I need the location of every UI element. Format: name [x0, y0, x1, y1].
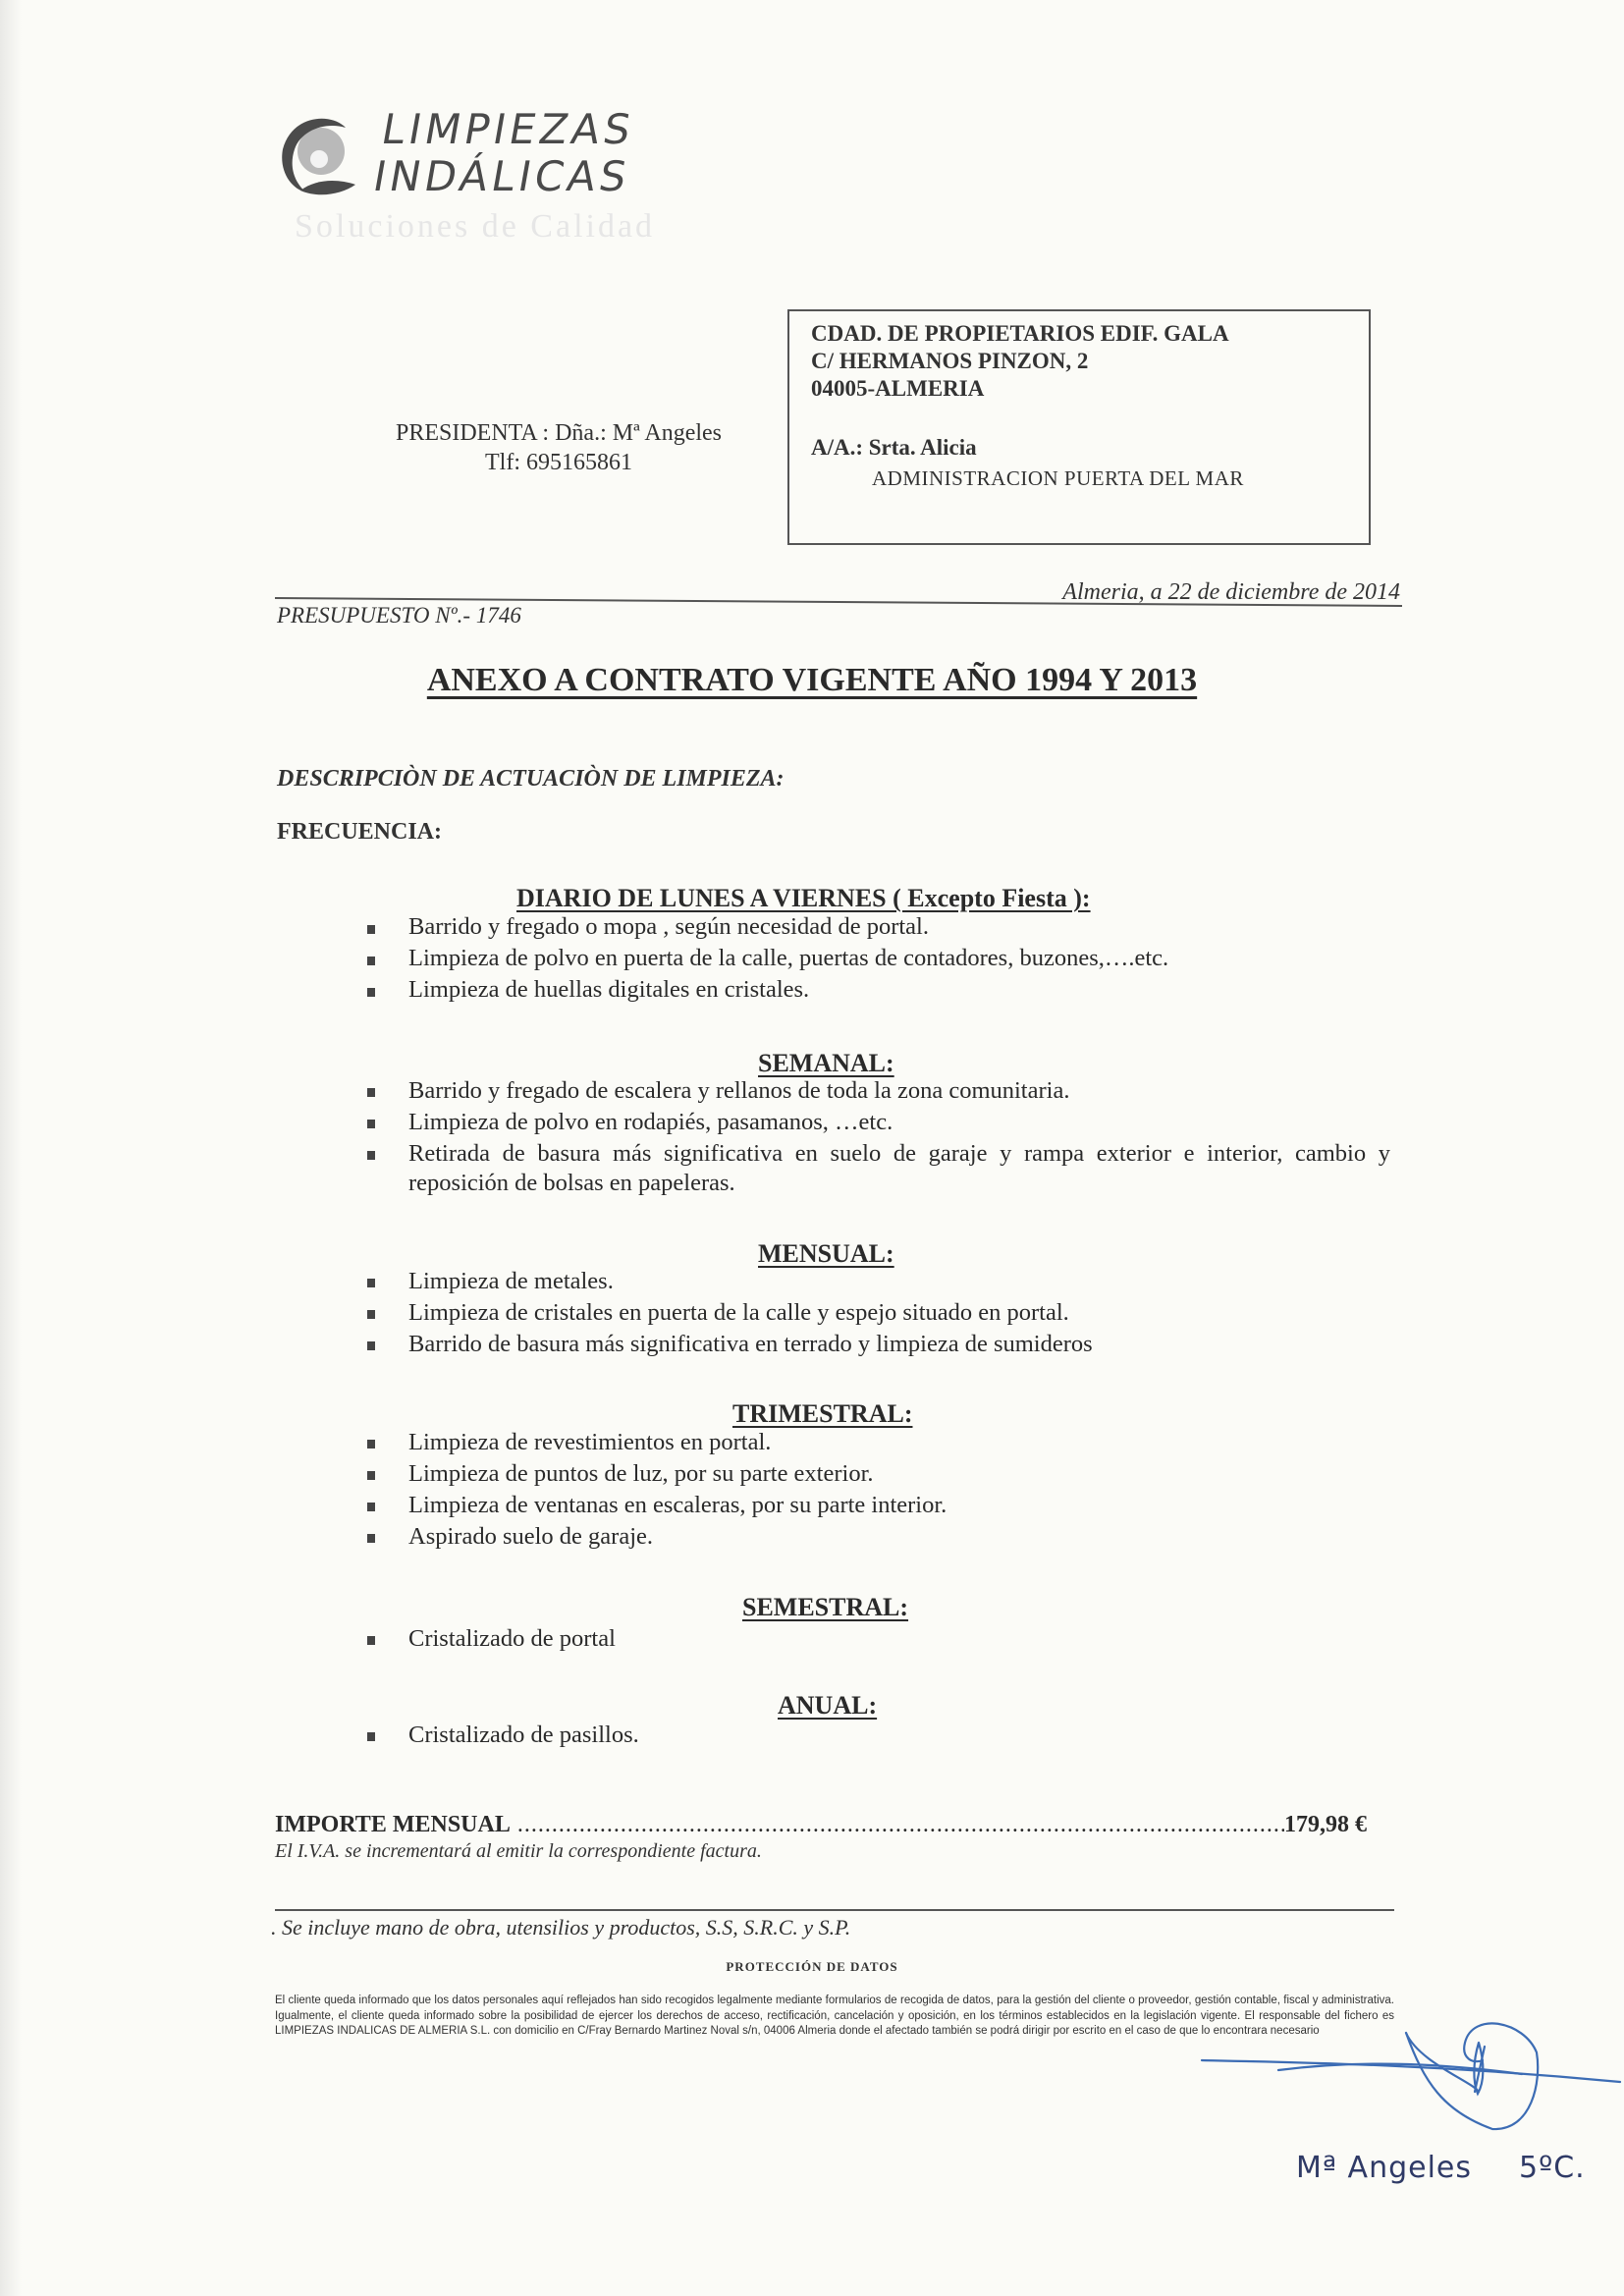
- budget-number: PRESUPUESTO Nº.- 1746: [277, 603, 521, 629]
- signature-icon: [1178, 2003, 1624, 2259]
- bullet-icon: [367, 1279, 375, 1287]
- section-heading-diario: DIARIO DE LUNES A VIERNES ( Excepto Fies…: [516, 884, 1091, 913]
- section-heading-trimestral: TRIMESTRAL:: [732, 1399, 912, 1429]
- bullet-icon: [367, 1341, 375, 1350]
- bullet-icon: [367, 1310, 375, 1319]
- monthly-amount-label: IMPORTE MENSUAL: [275, 1812, 511, 1838]
- list-item: Cristalizado de pasillos.: [408, 1721, 1390, 1750]
- list-item: Cristalizado de portal: [408, 1624, 1390, 1654]
- swirl-globe-logo-icon: [277, 110, 365, 198]
- includes-note: . Se incluye mano de obra, utensilios y …: [271, 1915, 850, 1941]
- president-phone: Tlf: 695165861: [376, 448, 741, 477]
- company-name-line1: LIMPIEZAS: [378, 106, 642, 153]
- bullet-icon: [367, 1732, 375, 1741]
- bullet-icon: [367, 1151, 375, 1160]
- monthly-amount-value: 179,98 €: [1284, 1812, 1367, 1838]
- company-logo-text: LIMPIEZAS INDÁLICAS: [370, 106, 643, 200]
- leader-dots: ........................................…: [511, 1812, 1284, 1838]
- section-heading-semestral: SEMESTRAL:: [742, 1593, 908, 1622]
- list-item: Barrido y fregado de escalera y rellanos…: [408, 1076, 1390, 1106]
- document-title: ANEXO A CONTRATO VIGENTE AÑO 1994 Y 2013: [0, 662, 1624, 699]
- recipient-line1: CDAD. DE PROPIETARIOS EDIF. GALA: [811, 321, 1229, 347]
- description-label: DESCRIPCIÒN DE ACTUACIÒN DE LIMPIEZA:: [277, 766, 785, 793]
- recipient-address-box: CDAD. DE PROPIETARIOS EDIF. GALA C/ HERM…: [787, 309, 1371, 545]
- bullet-icon: [367, 1088, 375, 1097]
- bullet-icon: [367, 1471, 375, 1480]
- data-protection-title: PROTECCIÓN DE DATOS: [0, 1959, 1624, 1975]
- president-contact: PRESIDENTA : Dña.: Mª Angeles Tlf: 69516…: [376, 418, 741, 477]
- bullet-icon: [367, 1440, 375, 1449]
- bullet-icon: [367, 957, 375, 965]
- scan-edge-shadow: [0, 0, 22, 2296]
- frequency-label: FRECUENCIA:: [277, 819, 442, 846]
- section-heading-semanal: SEMANAL:: [758, 1049, 894, 1078]
- recipient-attention: A/A.: Srta. Alicia: [811, 435, 977, 461]
- list-item: Limpieza de puntos de luz, por su parte …: [408, 1459, 1390, 1489]
- section-heading-mensual: MENSUAL:: [758, 1239, 894, 1269]
- handwritten-note: Mª Angeles5ºC.: [1296, 2151, 1586, 2185]
- list-item: Retirada de basura más significativa en …: [408, 1139, 1390, 1198]
- list-item: Barrido y fregado o mopa , según necesid…: [408, 912, 1390, 942]
- recipient-line3: 04005-ALMERIA: [811, 376, 984, 402]
- list-item: Limpieza de metales.: [408, 1267, 1390, 1296]
- bullet-icon: [367, 925, 375, 934]
- bullet-icon: [367, 1120, 375, 1128]
- list-item: Limpieza de polvo en puerta de la calle,…: [408, 944, 1390, 973]
- list-item: Limpieza de polvo en rodapiés, pasamanos…: [408, 1108, 1390, 1137]
- list-item: Limpieza de revestimientos en portal.: [408, 1428, 1390, 1457]
- handwritten-unit: 5ºC.: [1519, 2151, 1586, 2185]
- list-item: Barrido de basura más significativa en t…: [408, 1330, 1390, 1359]
- list-item: Limpieza de huellas digitales en cristal…: [408, 975, 1390, 1005]
- document-date: Almeria, a 22 de diciembre de 2014: [1062, 579, 1400, 606]
- monthly-amount-row: IMPORTE MENSUAL ........................…: [275, 1812, 1367, 1838]
- list-item: Limpieza de cristales en puerta de la ca…: [408, 1298, 1390, 1328]
- bullet-icon: [367, 988, 375, 997]
- section-heading-anual: ANUAL:: [778, 1691, 877, 1721]
- company-name-line2: INDÁLICAS: [370, 153, 634, 200]
- list-item: Aspirado suelo de garaje.: [408, 1522, 1390, 1552]
- bullet-icon: [367, 1636, 375, 1645]
- bullet-icon: [367, 1503, 375, 1511]
- recipient-administration: ADMINISTRACION PUERTA DEL MAR: [872, 466, 1244, 491]
- vat-note: El I.V.A. se incrementará al emitir la c…: [275, 1840, 762, 1863]
- handwritten-name: Mª Angeles: [1296, 2151, 1472, 2185]
- list-item: Limpieza de ventanas en escaleras, por s…: [408, 1491, 1390, 1520]
- bullet-icon: [367, 1534, 375, 1543]
- company-tagline: Soluciones de Calidad: [295, 208, 655, 246]
- president-name: PRESIDENTA : Dña.: Mª Angeles: [376, 418, 741, 448]
- recipient-line2: C/ HERMANOS PINZON, 2: [811, 349, 1088, 374]
- footer-divider: [275, 1909, 1394, 1911]
